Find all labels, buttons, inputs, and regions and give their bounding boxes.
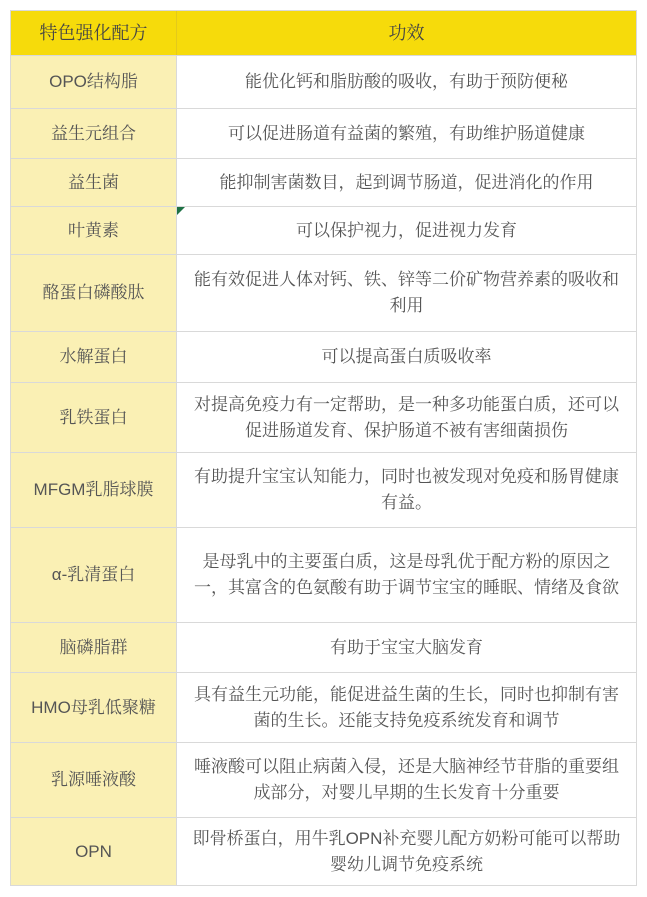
ingredient-effect: 有助于宝宝大脑发育 [177,623,636,672]
table-row: MFGM乳脂球膜 有助提升宝宝认知能力，同时也被发现对免疫和肠胃健康有益。 [11,452,636,527]
ingredient-name: 乳源唾液酸 [11,743,177,817]
ingredient-effect: 即骨桥蛋白，用牛乳OPN补充婴儿配方奶粉可能可以帮助婴幼儿调节免疫系统 [177,818,636,885]
ingredient-effect: 能有效促进人体对钙、铁、锌等二价矿物营养素的吸收和利用 [177,255,636,331]
ingredient-effect: 能优化钙和脂肪酸的吸收，有助于预防便秘 [177,56,636,108]
table-row: 益生元组合 可以促进肠道有益菌的繁殖，有助维护肠道健康 [11,108,636,158]
table-row: HMO母乳低聚糖 具有益生元功能，能促进益生菌的生长，同时也抑制有害菌的生长。还… [11,672,636,742]
ingredient-name: OPO结构脂 [11,56,177,108]
table-row: OPN 即骨桥蛋白，用牛乳OPN补充婴儿配方奶粉可能可以帮助婴幼儿调节免疫系统 [11,817,636,885]
ingredient-name: MFGM乳脂球膜 [11,453,177,527]
ingredient-effect: 对提高免疫力有一定帮助，是一种多功能蛋白质，还可以促进肠道发育、保护肠道不被有害… [177,383,636,452]
ingredient-name: 叶黄素 [11,207,177,254]
table-row: 脑磷脂群 有助于宝宝大脑发育 [11,622,636,672]
ingredient-effect: 唾液酸可以阻止病菌入侵，还是大脑神经节苷脂的重要组成部分，对婴儿早期的生长发育十… [177,743,636,817]
table-row: 乳铁蛋白 对提高免疫力有一定帮助，是一种多功能蛋白质，还可以促进肠道发育、保护肠… [11,382,636,452]
table-row: 酪蛋白磷酸肽 能有效促进人体对钙、铁、锌等二价矿物营养素的吸收和利用 [11,254,636,331]
ingredient-effect: 可以提高蛋白质吸收率 [177,332,636,382]
ingredient-name: 脑磷脂群 [11,623,177,672]
ingredient-name: α-乳清蛋白 [11,528,177,622]
table-row: 乳源唾液酸 唾液酸可以阻止病菌入侵，还是大脑神经节苷脂的重要组成部分，对婴儿早期… [11,742,636,817]
ingredient-effect: 是母乳中的主要蛋白质，这是母乳优于配方粉的原因之一，其富含的色氨酸有助于调节宝宝… [177,528,636,622]
ingredient-effect: 能抑制害菌数目，起到调节肠道，促进消化的作用 [177,159,636,206]
ingredient-name: 酪蛋白磷酸肽 [11,255,177,331]
header-ingredient-column: 特色强化配方 [11,11,177,55]
ingredient-name: HMO母乳低聚糖 [11,673,177,742]
ingredient-effect: 有助提升宝宝认知能力，同时也被发现对免疫和肠胃健康有益。 [177,453,636,527]
table-row: 水解蛋白 可以提高蛋白质吸收率 [11,331,636,382]
ingredient-name: 乳铁蛋白 [11,383,177,452]
ingredient-name: 益生元组合 [11,109,177,158]
header-effect-column: 功效 [177,11,636,55]
green-triangle-marker [177,207,185,215]
ingredient-name: 水解蛋白 [11,332,177,382]
ingredient-effect: 具有益生元功能，能促进益生菌的生长，同时也抑制有害菌的生长。还能支持免疫系统发育… [177,673,636,742]
formula-efficacy-table: 特色强化配方 功效 OPO结构脂 能优化钙和脂肪酸的吸收，有助于预防便秘 益生元… [10,10,637,886]
ingredient-name: OPN [11,818,177,885]
nutrition-table-page: 特色强化配方 功效 OPO结构脂 能优化钙和脂肪酸的吸收，有助于预防便秘 益生元… [0,0,647,897]
ingredient-effect-text: 可以保护视力，促进视力发育 [296,218,517,244]
table-row: 益生菌 能抑制害菌数目，起到调节肠道，促进消化的作用 [11,158,636,206]
ingredient-name: 益生菌 [11,159,177,206]
table-header-row: 特色强化配方 功效 [11,11,636,55]
table-row: OPO结构脂 能优化钙和脂肪酸的吸收，有助于预防便秘 [11,55,636,108]
ingredient-effect: 可以促进肠道有益菌的繁殖，有助维护肠道健康 [177,109,636,158]
table-row: α-乳清蛋白 是母乳中的主要蛋白质，这是母乳优于配方粉的原因之一，其富含的色氨酸… [11,527,636,622]
ingredient-effect: 可以保护视力，促进视力发育 [177,207,636,254]
table-row: 叶黄素 可以保护视力，促进视力发育 [11,206,636,254]
